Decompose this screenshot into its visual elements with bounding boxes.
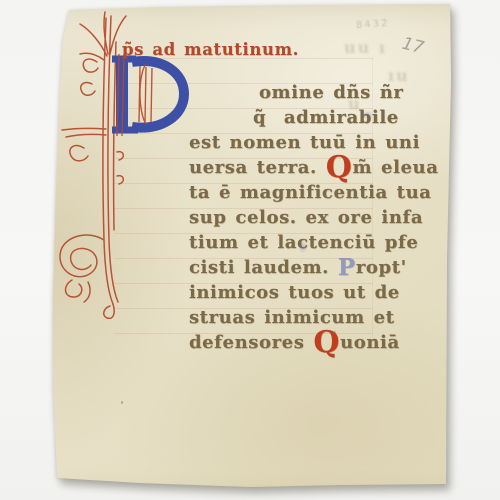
blue-smudge [360, 108, 376, 122]
text-line: defensores Quoniā [118, 316, 400, 370]
leaf-drop-shadow: p̃s ad matutinum. omine dñs ñr q̃ admira… [0, 0, 500, 500]
text-line-11a: defensores [189, 332, 313, 353]
show-through-mark: ıu [388, 66, 410, 85]
speck [332, 331, 336, 334]
photograph-background: p̃s ad matutinum. omine dñs ñr q̃ admira… [0, 0, 500, 500]
show-through-mark: uu ı [344, 38, 387, 57]
manuscript-leaf: p̃s ad matutinum. omine dñs ñr q̃ admira… [0, 0, 500, 500]
blue-smudge [296, 238, 310, 256]
rubric-heading: p̃s ad matutinum. [122, 42, 299, 59]
text-line-11b: uoniā [340, 332, 400, 353]
pencil-inscription: 8432 [356, 18, 390, 31]
speck [121, 401, 123, 404]
